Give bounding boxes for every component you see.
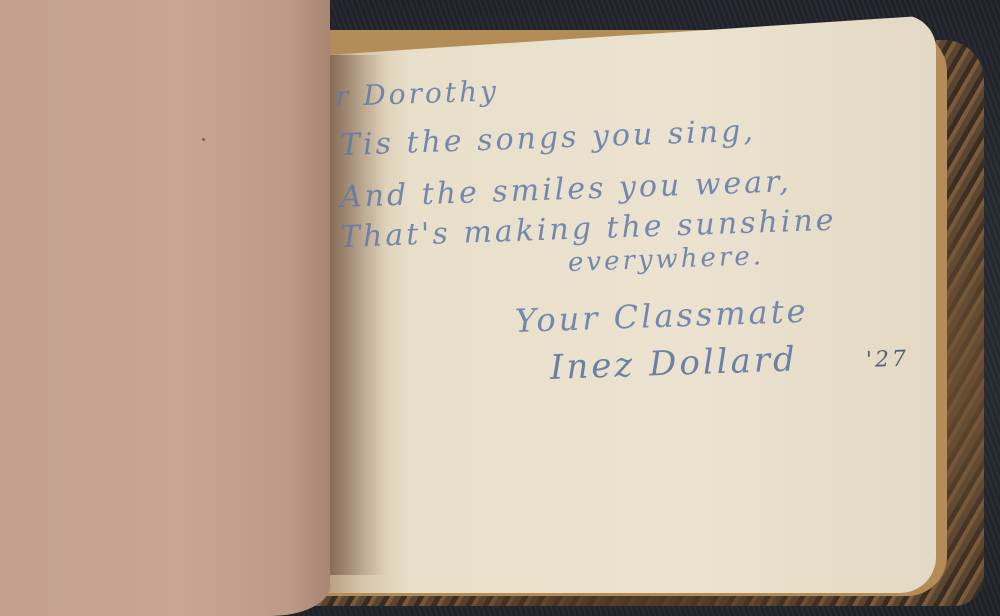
photo-scene: r Dorothy Tis the songs you sing, And th… (0, 0, 1000, 616)
page-speck (202, 138, 205, 141)
left-page (0, 0, 330, 616)
class-year-text: '27 (866, 347, 910, 373)
greeting-text: r Dorothy (334, 74, 499, 113)
